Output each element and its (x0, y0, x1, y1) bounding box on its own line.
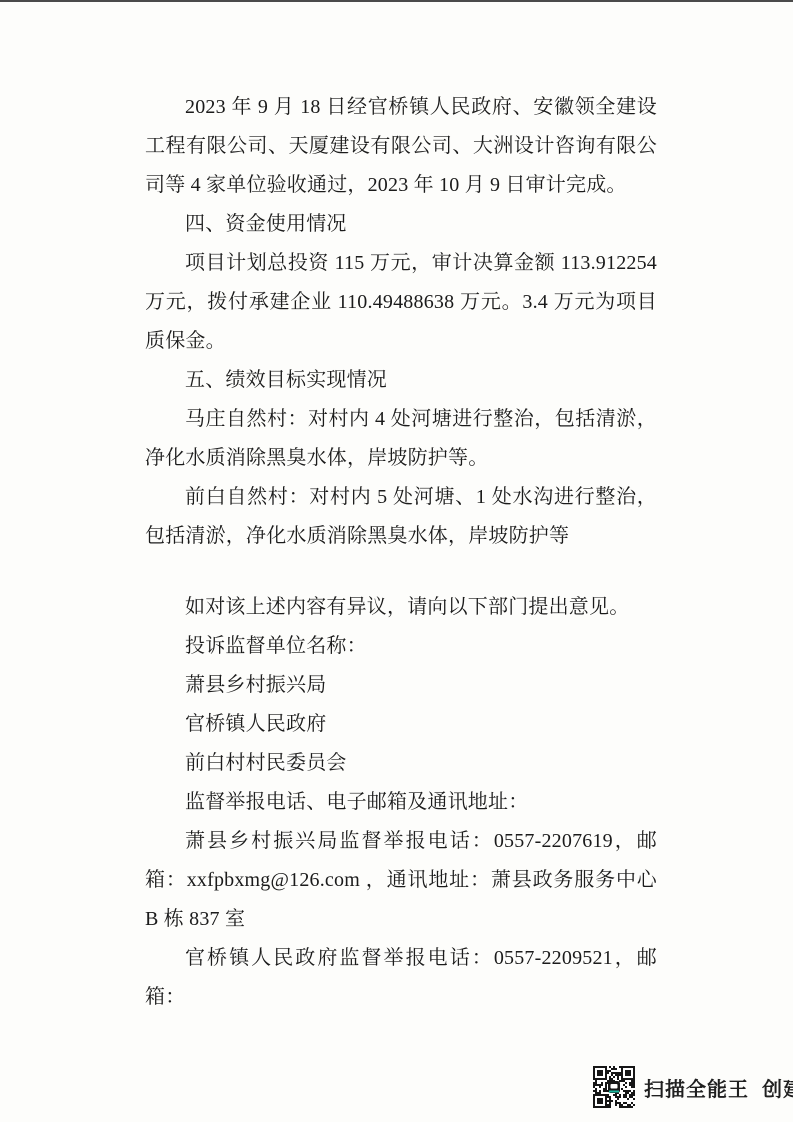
heading-section-5-performance-goals: 五、绩效目标实现情况 (145, 361, 657, 400)
document-body: 2023 年 9 月 18 日经官桥镇人民政府、安徽领全建设工程有限公司、天厦建… (145, 88, 657, 1017)
scan-artifact-top-edge (0, 0, 793, 2)
para-unit-qianbai-village-committee: 前白村村民委员会 (145, 744, 657, 783)
para-acceptance-audit: 2023 年 9 月 18 日经官桥镇人民政府、安徽领全建设工程有限公司、天厦建… (145, 88, 657, 205)
para-funds-usage: 项目计划总投资 115 万元，审计决算金额 113.912254 万元，拨付承建… (145, 244, 657, 361)
scanner-watermark: 扫描全能王 创建 (593, 1065, 793, 1109)
para-objection-notice: 如对该上述内容有异议，请向以下部门提出意见。 (145, 588, 657, 627)
para-unit-xiaoxian-rural-revitalization-bureau: 萧县乡村振兴局 (145, 666, 657, 705)
heading-section-4-funds-usage: 四、资金使用情况 (145, 205, 657, 244)
para-qianbai-village: 前白自然村：对村内 5 处河塘、1 处水沟进行整治，包括清淤，净化水质消除黑臭水… (145, 478, 657, 556)
para-unit-guanqiao-town-government: 官桥镇人民政府 (145, 705, 657, 744)
para-contact-guanqiao-government: 官桥镇人民政府监督举报电话：0557-2209521，邮箱： (145, 939, 657, 1017)
para-contact-xiaoxian-bureau: 萧县乡村振兴局监督举报电话：0557-2207619，邮箱：xxfpbxmg@1… (145, 822, 657, 939)
watermark-label: 扫描全能王 创建 (644, 1073, 793, 1102)
para-contact-info-label: 监督举报电话、电子邮箱及通讯地址： (145, 783, 657, 822)
para-mazhuang-village: 马庄自然村：对村内 4 处河塘进行整治，包括清淤，净化水质消除黑臭水体，岸坡防护… (145, 400, 657, 478)
qr-code-icon (593, 1066, 635, 1108)
para-complaint-units-label: 投诉监督单位名称： (145, 627, 657, 666)
